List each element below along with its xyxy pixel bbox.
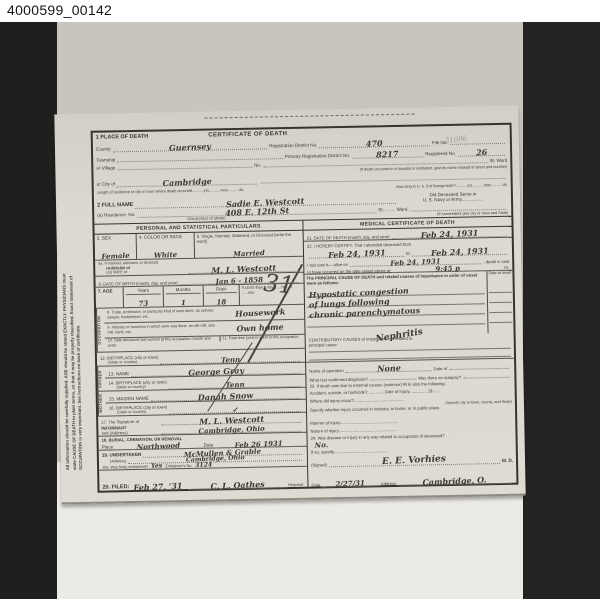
filed-label: 20. FILED: <box>102 484 129 491</box>
industry-label: 9. Industry or business in which work wa… <box>107 324 219 336</box>
image-header-strip: 4000599_00142 <box>0 0 600 22</box>
age-days-value: 18 <box>206 298 237 306</box>
certify-block: 22. I HEREBY CERTIFY, That I attended de… <box>304 238 513 275</box>
sex-label: 3. SEX <box>97 235 134 241</box>
spouse-label-block: 5a. If married, widowed, or divorced HUS… <box>98 260 186 276</box>
father-bp-label-block: 14. BIRTHPLACE (city or town) (State or … <box>108 379 167 390</box>
informant-label-block: 17. The Signature of INFORMANT and (Addr… <box>101 419 159 436</box>
filed-row: 20. FILED: Feb 27, '31 C. L. Oathes Regi… <box>99 467 307 492</box>
medical-certificate-column: MEDICAL CERTIFICATE OF DEATH 21. DATE OF… <box>303 217 516 488</box>
informant-value-block: M. L. Westcott Cambridge, Ohio <box>159 415 303 435</box>
age-days-label: Days <box>206 286 237 293</box>
industry-value: Own home <box>237 323 284 333</box>
onset-rule <box>489 293 512 303</box>
trade-value: Housework <box>235 307 286 317</box>
principal-cause-block: The PRINCIPAL CAUSE OF DEATH and related… <box>304 271 513 337</box>
birthplace-value: Tenn <box>221 356 240 364</box>
birthplace-label-block: 12. BIRTHPLACE (city or town) (State or … <box>100 355 159 366</box>
birthdate-value: Jan 6 - 1858 <box>215 276 263 285</box>
signed-address-value: Cambridge, O. <box>423 475 487 486</box>
father-name-label: 13. NAME <box>108 371 129 377</box>
external-causes-block: 23. If death was due to external causes … <box>306 379 515 421</box>
registrar-signature-line: C. L. Oathes <box>188 480 286 490</box>
signed-address-line: Cambridge, O. <box>398 476 511 486</box>
sex-race-marital-row: 3. SEX Female 4. COLOR OR RACE White 5. … <box>95 231 303 261</box>
blank-rule <box>309 347 511 352</box>
occupation-block: OCCUPATION 8. Trade, profession, or part… <box>96 305 305 353</box>
father-state-note: (State or country) <box>117 385 167 391</box>
form-columns: PERSONAL AND STATISTICAL PARTICULARS 3. … <box>94 216 516 492</box>
birthdate-line: Jan 6 - 1858 <box>180 276 299 285</box>
filed-date-value: Feb 27, '31 <box>133 481 182 491</box>
onset-rule <box>489 283 512 293</box>
age-years-value: 73 <box>126 299 161 308</box>
scan-left-black-bar <box>0 22 57 599</box>
abode-note: (Usual place of abode) <box>187 216 225 221</box>
signed-date-row: Date 2/27/31 Address Cambridge, O. <box>308 464 516 488</box>
mother-state-note: (State or country) <box>117 410 167 416</box>
age-years-label: Years <box>126 287 161 294</box>
informant-signature-line: M. L. Westcott <box>161 415 301 426</box>
cutoff-dashed-line <box>204 114 414 119</box>
mother-name-label: 15. MAIDEN NAME <box>109 396 149 403</box>
certificate-form: 31096 31 1 PLACE OF DEATH CERTIFICATE OF… <box>91 123 519 493</box>
age-months-label: Months <box>166 287 201 294</box>
dotted-line <box>370 379 416 381</box>
marital-label: 5. Single, Married, Widowed, or Divorced… <box>197 232 301 244</box>
scanned-document-photo: All information should be carefully supp… <box>0 22 600 599</box>
registrar-signature: C. L. Oathes <box>210 480 265 490</box>
mother-birthplace-value: ✓ <box>232 406 238 413</box>
total-time-label: 11. Total time (years) spent in this occ… <box>220 335 302 341</box>
dotted-line <box>463 377 509 379</box>
mother-bp-label-block: 16. BIRTHPLACE (city or town) (State or … <box>109 404 168 415</box>
signed-date-line: 2/27/31 <box>322 479 379 487</box>
trade-label: 8. Trade, profession, or particular kind… <box>107 309 219 321</box>
scan-right-black-bar <box>523 22 600 599</box>
signed-address-label: Address <box>381 481 396 487</box>
test-label: What test confirmed diagnosis? <box>309 376 368 382</box>
signed-date-value: 2/27/31 <box>336 479 366 487</box>
image-id-label: 4000599_00142 <box>7 2 112 18</box>
onset-rule <box>489 313 512 323</box>
date-of-onset-column: Date of onset <box>486 271 513 333</box>
onset-rule <box>489 303 512 313</box>
age-months-value: 1 <box>166 298 201 307</box>
father-birthplace-value: Tenn <box>225 381 244 389</box>
age-label: 7. AGE <box>98 288 121 294</box>
death-certificate-sheet: All information should be carefully supp… <box>54 106 525 505</box>
related-value: No. <box>315 441 329 449</box>
autopsy-label: Was there an autopsy? <box>418 374 461 380</box>
contributory-block: CONTRIBUTORY CAUSES of importance not re… <box>306 333 514 363</box>
signed-date-label: Date <box>311 482 320 487</box>
birthplace-state-note: (State or country) <box>108 360 158 366</box>
personal-statistical-column: PERSONAL AND STATISTICAL PARTICULARS 3. … <box>94 221 308 492</box>
sex-value: Female <box>97 252 134 261</box>
date-of-onset-label: Date of onset <box>488 271 511 283</box>
birthdate-label: 6. DATE OF BIRTH (month, day, and year) <box>99 280 178 287</box>
last-worked-label: 10. Date deceased last worked at this oc… <box>108 336 220 348</box>
race-label: 4. COLOR OR RACE <box>139 234 192 241</box>
left-margin-instructions: All information should be carefully supp… <box>59 150 84 470</box>
registrar-label: Registrar. <box>288 483 304 488</box>
